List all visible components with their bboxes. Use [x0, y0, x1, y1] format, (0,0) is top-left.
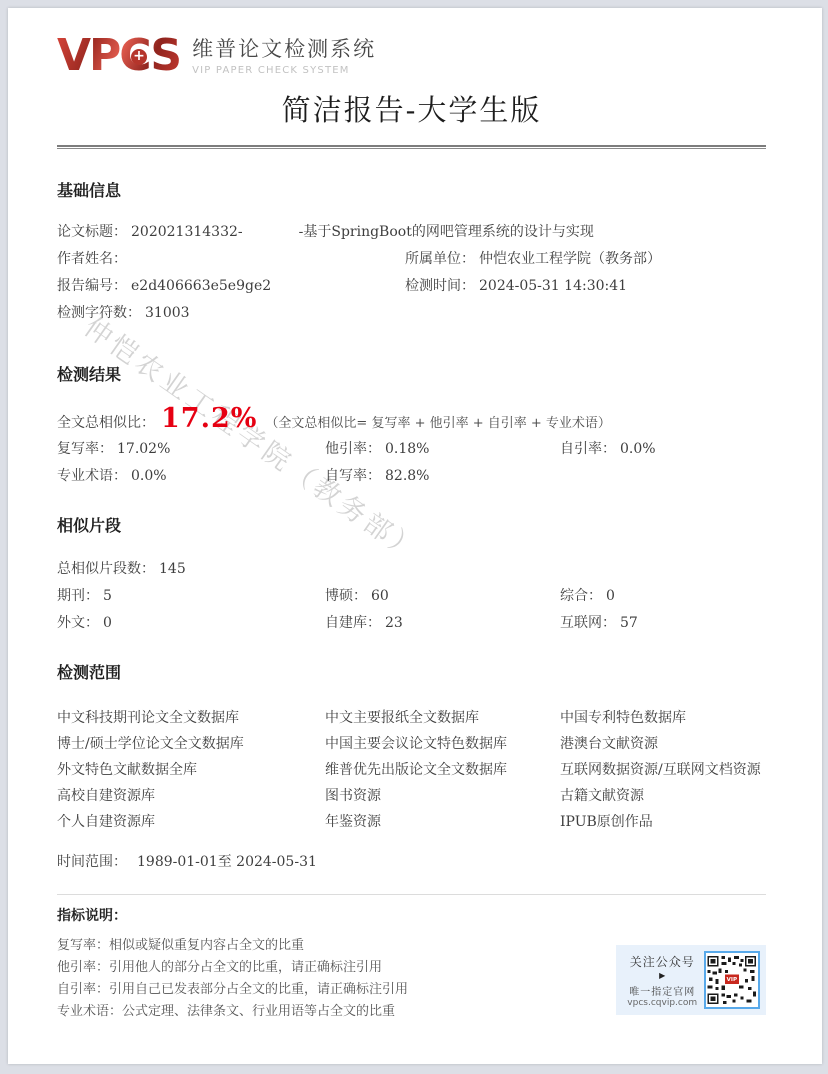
brand-header: VPCS + 维普论文检测系统 VIP PAPER CHECK SYSTEM — [57, 22, 766, 78]
brand-names: 维普论文检测系统 VIP PAPER CHECK SYSTEM — [192, 33, 376, 78]
brand-name-cn: 维普论文检测系统 — [192, 33, 376, 63]
title-divider — [57, 145, 766, 149]
similarity-formula: （全文总相似比= 复写率 + 他引率 + 自引率 + 专业术语） — [265, 412, 611, 431]
paper-title-row: 论文标题：202021314332--基于SpringBoot的网吧管理系统的设… — [57, 219, 766, 246]
section-result: 检测结果 全文总相似比： 17.2% （全文总相似比= 复写率 + 他引率 + … — [57, 367, 766, 490]
plus-icon: + — [131, 49, 147, 65]
qr-code: VIP — [704, 951, 760, 1009]
fragment-self-library: 自建库：23 — [325, 610, 560, 637]
time-range-label: 时间范围： — [57, 854, 127, 870]
viewport: { "header": { "logo_text": "VPCS", "logo… — [0, 0, 828, 1074]
arrow-right-icon: ▶ — [624, 972, 700, 980]
result-metrics-grid: 复写率：17.02% 他引率：0.18% 自引率：0.0% 专业术语：0.0% … — [57, 436, 766, 490]
author-field: 作者姓名： — [57, 246, 405, 273]
check-time-label: 检测时间： — [405, 278, 475, 294]
qr-official-label: 唯一指定官网 — [624, 983, 700, 998]
metric-self-cite-rate: 自引率：0.0% — [560, 436, 766, 463]
total-similarity-value: 17.2% — [161, 405, 257, 432]
database-item: 中国主要会议论文特色数据库 — [325, 731, 560, 757]
fragment-internet: 互联网：57 — [560, 610, 766, 637]
qr-follow-label: 关注公众号 — [624, 953, 700, 970]
report-no-label: 报告编号： — [57, 278, 127, 294]
qr-code-image: VIP — [706, 953, 758, 1007]
qr-site-url: vpcs.cqvip.com — [624, 998, 700, 1008]
char-count-value: 31003 — [145, 305, 190, 321]
fragment-total-value: 145 — [159, 561, 186, 577]
metric-other-cite-rate: 他引率：0.18% — [325, 436, 560, 463]
paper-title-part1: 202021314332- — [131, 224, 243, 240]
fragment-comprehensive: 综合：0 — [560, 583, 766, 610]
vpcs-logo-text: VPCS — [57, 30, 180, 81]
author-unit-row: 作者姓名： 所属单位：仲恺农业工程学院（教务部） — [57, 246, 766, 273]
scope-database-grid: 中文科技期刊论文全文数据库 中文主要报纸全文数据库 中国专利特色数据库 博士/硕… — [57, 705, 766, 835]
fragment-thesis: 博硕：60 — [325, 583, 560, 610]
section-fragments: 相似片段 总相似片段数：145 期刊：5 博硕：60 综合：0 外文：0 自建库 — [57, 518, 766, 637]
char-count-label: 检测字符数： — [57, 305, 141, 321]
unit-value: 仲恺农业工程学院（教务部） — [479, 251, 661, 267]
database-item: 高校自建资源库 — [57, 783, 325, 809]
char-count-row: 检测字符数：31003 — [57, 300, 766, 327]
metric-self-write-rate: 自写率：82.8% — [325, 463, 560, 490]
check-time-value: 2024-05-31 14:30:41 — [479, 278, 627, 294]
database-item: 维普优先出版论文全文数据库 — [325, 757, 560, 783]
fragment-foreign: 外文：0 — [57, 610, 325, 637]
database-item: 图书资源 — [325, 783, 560, 809]
database-item: 港澳台文献资源 — [560, 731, 766, 757]
scope-heading: 检测范围 — [57, 665, 766, 681]
unit-label: 所属单位： — [405, 251, 475, 267]
database-item: 个人自建资源库 — [57, 809, 325, 835]
fragments-heading: 相似片段 — [57, 518, 766, 534]
paper-title-part2: -基于SpringBoot的网吧管理系统的设计与实现 — [299, 224, 594, 240]
check-time-field: 检测时间：2024-05-31 14:30:41 — [405, 273, 766, 300]
fragment-journal: 期刊：5 — [57, 583, 325, 610]
database-item: 中国专利特色数据库 — [560, 705, 766, 731]
qr-panel: 关注公众号 ▶ 唯一指定官网 vpcs.cqvip.com — [616, 945, 766, 1015]
database-item: IPUB原创作品 — [560, 809, 766, 835]
database-item: 中文主要报纸全文数据库 — [325, 705, 560, 731]
footer-divider — [57, 894, 766, 895]
metric-terminology-rate: 专业术语：0.0% — [57, 463, 325, 490]
total-similarity-row: 全文总相似比： 17.2% （全文总相似比= 复写率 + 他引率 + 自引率 +… — [57, 405, 766, 432]
fragment-total-label: 总相似片段数： — [57, 561, 155, 577]
footer: 指标说明： 复写率：相似或疑似重复内容占全文的比重 他引率：引用他人的部分占全文… — [57, 909, 766, 1023]
total-similarity-label: 全文总相似比： — [57, 412, 155, 432]
author-label: 作者姓名： — [57, 251, 127, 267]
time-range-value: 1989-01-01至 2024-05-31 — [137, 854, 317, 870]
database-item: 古籍文献资源 — [560, 783, 766, 809]
brand-name-en: VIP PAPER CHECK SYSTEM — [192, 65, 376, 76]
svg-text:VIP: VIP — [727, 977, 738, 983]
page-title: 简洁报告-大学生版 — [57, 88, 766, 129]
time-range-row: 时间范围：1989-01-01至 2024-05-31 — [57, 849, 766, 876]
notes-heading: 指标说明： — [57, 909, 766, 923]
report-page: 仲恺农业工程学院（教务部） VPCS + 维普论文检测系统 VIP PAPER … — [8, 8, 822, 1064]
database-item: 博士/硕士学位论文全文数据库 — [57, 731, 325, 757]
fragment-total-row: 总相似片段数：145 — [57, 556, 766, 583]
fragment-items-grid: 期刊：5 博硕：60 综合：0 外文：0 自建库：23 互联网：57 — [57, 583, 766, 637]
vpcs-logo: VPCS + — [57, 34, 180, 78]
unit-field: 所属单位：仲恺农业工程学院（教务部） — [405, 246, 766, 273]
result-heading: 检测结果 — [57, 367, 766, 383]
paper-title-label: 论文标题： — [57, 224, 127, 240]
section-scope: 检测范围 中文科技期刊论文全文数据库 中文主要报纸全文数据库 中国专利特色数据库… — [57, 665, 766, 876]
report-time-row: 报告编号：e2d406663e5e9ge2 检测时间：2024-05-31 14… — [57, 273, 766, 300]
database-item: 外文特色文献数据全库 — [57, 757, 325, 783]
basic-info-heading: 基础信息 — [57, 183, 766, 199]
database-item: 互联网数据资源/互联网文档资源 — [560, 757, 766, 783]
report-no-field: 报告编号：e2d406663e5e9ge2 — [57, 273, 405, 300]
metric-copy-rate: 复写率：17.02% — [57, 436, 325, 463]
database-item: 中文科技期刊论文全文数据库 — [57, 705, 325, 731]
report-no-value: e2d406663e5e9ge2 — [131, 278, 271, 294]
database-item: 年鉴资源 — [325, 809, 560, 835]
section-basic-info: 基础信息 论文标题：202021314332--基于SpringBoot的网吧管… — [57, 183, 766, 327]
